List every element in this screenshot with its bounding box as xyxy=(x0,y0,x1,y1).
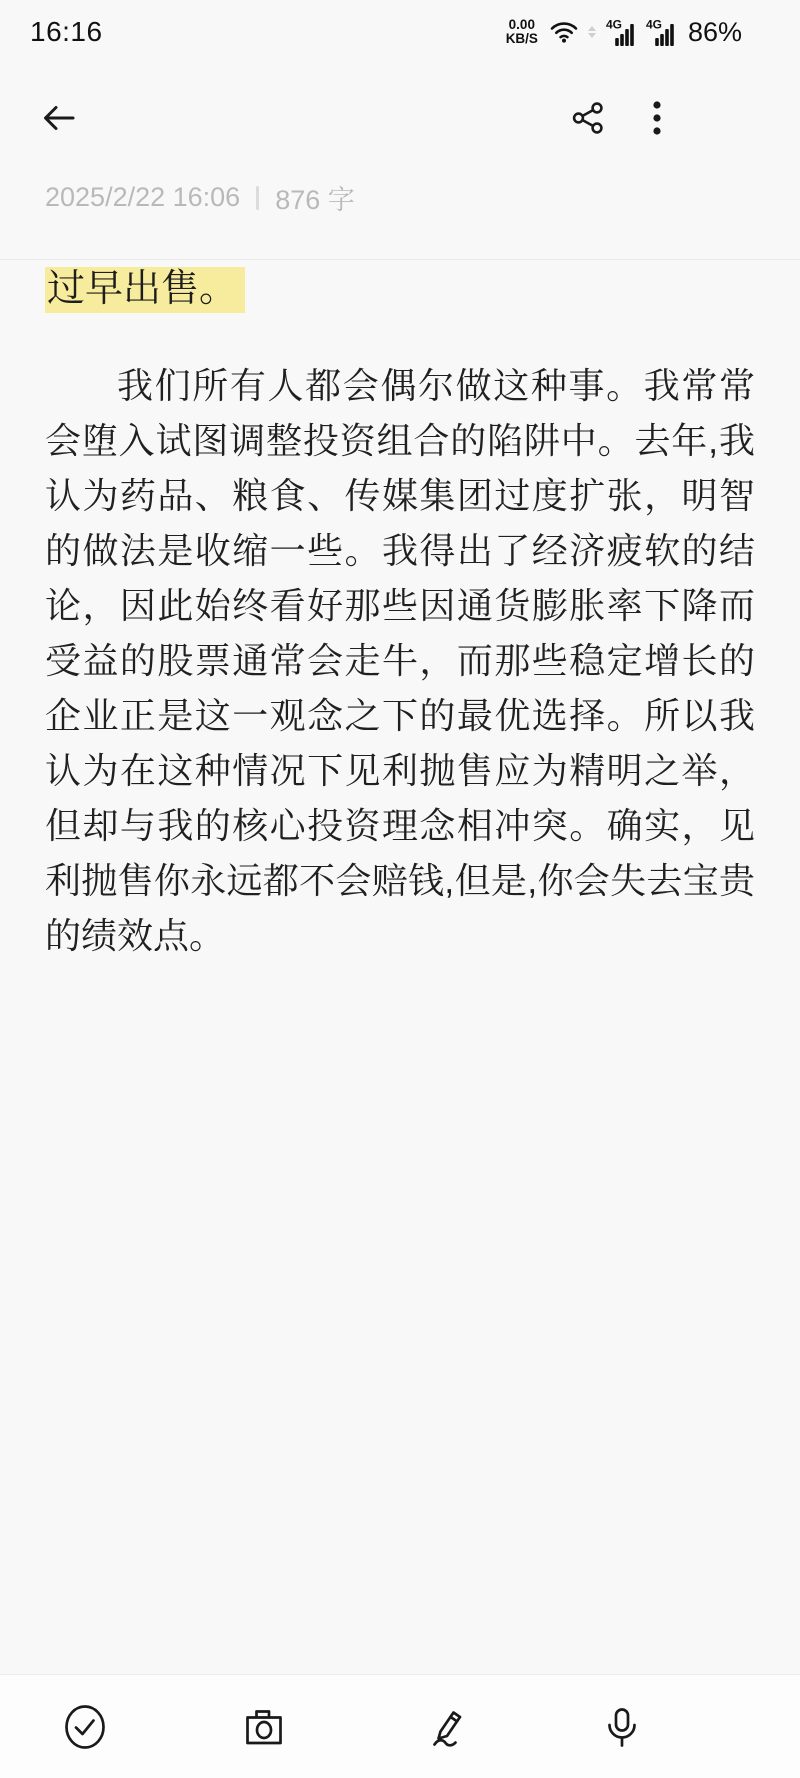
nav-bar xyxy=(0,88,800,148)
camera-icon xyxy=(240,1703,288,1751)
back-button[interactable] xyxy=(40,101,78,135)
note-paragraph: 我们所有人都会偶尔做这种事。我常常会堕入试图调整投资组合的陷阱中。去年,我认为药… xyxy=(45,358,755,963)
note-datetime: 2025/2/22 16:06 xyxy=(45,182,240,213)
sim1-signal-icon: 4G xyxy=(606,18,636,47)
highlighted-sentence: 过早出售。 xyxy=(45,264,755,314)
wifi-icon xyxy=(548,19,580,45)
doodle-pen-button[interactable] xyxy=(419,1703,467,1751)
note-meta: 2025/2/22 16:06 876 字 xyxy=(0,178,800,217)
more-vertical-icon xyxy=(652,100,662,136)
notes-app-screen: 16:16 0.00 KB/S 4G xyxy=(0,0,800,1778)
check-circle-icon xyxy=(61,1703,109,1751)
doodle-pen-icon xyxy=(419,1703,467,1751)
camera-button[interactable] xyxy=(240,1703,288,1751)
note-content[interactable]: 过早出售。 我们所有人都会偶尔做这种事。我常常会堕入试图调整投资组合的陷阱中。去… xyxy=(0,260,800,963)
share-icon xyxy=(570,100,606,136)
highlight-mark: 过早出售。 xyxy=(45,267,245,313)
voice-record-button[interactable] xyxy=(598,1703,646,1751)
microphone-icon xyxy=(598,1703,646,1751)
network-speed-indicator: 0.00 KB/S xyxy=(506,18,538,46)
status-bar: 16:16 0.00 KB/S 4G xyxy=(0,0,800,54)
meta-separator xyxy=(256,186,259,210)
empty-area xyxy=(0,963,800,1674)
sim1-4g-label: 4G xyxy=(606,18,622,32)
network-speed-value: 0.00 xyxy=(509,18,535,32)
sim2-signal-icon: 4G xyxy=(646,18,676,47)
status-indicators: 0.00 KB/S 4G xyxy=(506,17,742,48)
sim2-4g-label: 4G xyxy=(646,18,662,32)
more-menu-button[interactable] xyxy=(652,100,662,136)
updown-arrows-icon xyxy=(588,26,596,38)
clock-time: 16:16 xyxy=(30,16,103,48)
network-speed-unit: KB/S xyxy=(506,32,538,46)
back-arrow-icon xyxy=(40,101,78,135)
bottom-toolbar xyxy=(0,1674,800,1778)
battery-percent: 86% xyxy=(688,17,742,48)
todo-check-button[interactable] xyxy=(61,1703,109,1751)
note-word-count: 876 字 xyxy=(275,178,355,217)
share-button[interactable] xyxy=(570,100,606,136)
